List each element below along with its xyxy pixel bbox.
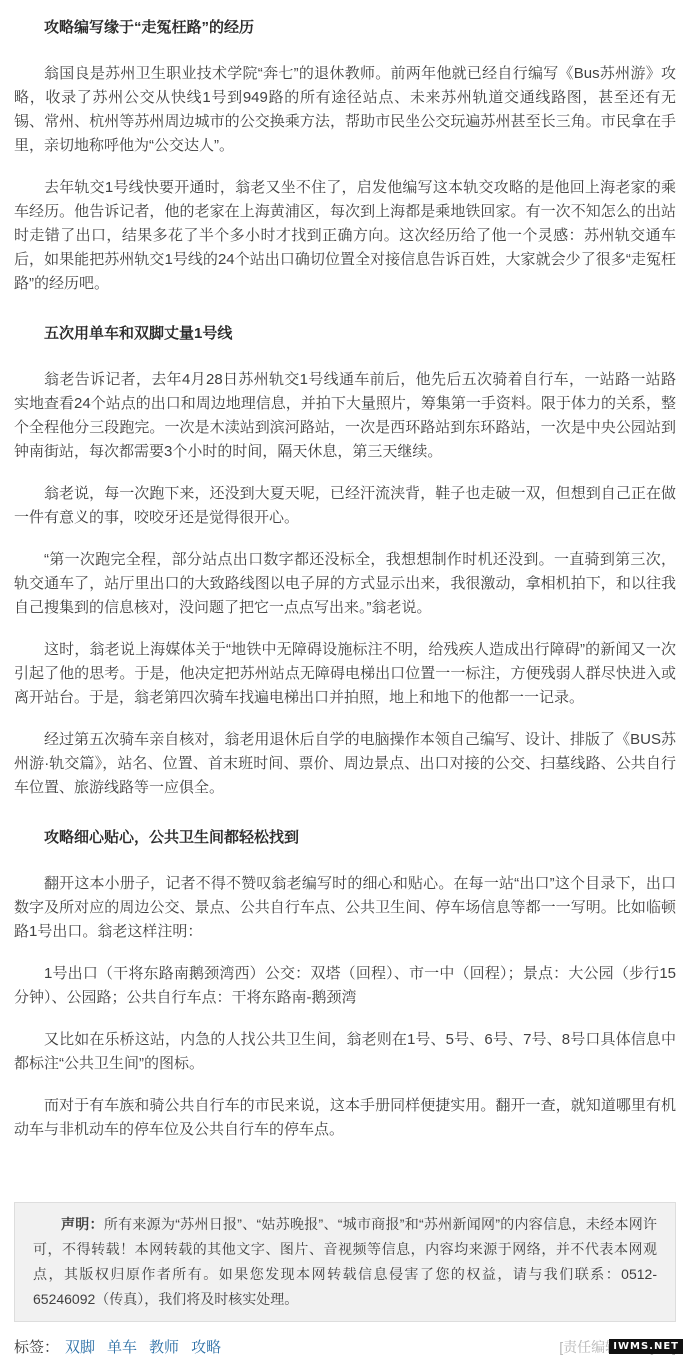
disclaimer-box: 声明：所有来源为“苏州日报”、“姑苏晚报”、“城市商报”和“苏州新闻网”的内容信… [14,1202,676,1322]
section-heading: 攻略编写缘于“走冤枉路”的经历 [14,16,676,40]
article-body: 攻略编写缘于“走冤枉路”的经历 翁国良是苏州卫生职业技术学院“奔七”的退休教师。… [0,0,690,1142]
article-paragraph: 1号出口（干将东路南鹅颈湾西）公交：双塔（回程）、市一中（回程）；景点：大公园（… [14,962,676,1010]
site-watermark-badge: IWMS.NET [609,1339,683,1354]
article-paragraph: 这时，翁老说上海媒体关于“地铁中无障碍设施标注不明，给残疾人造成出行障碍”的新闻… [14,638,676,710]
article-paragraph: 经过第五次骑车亲自核对，翁老用退休后自学的电脑操作本领自己编写、设计、排版了《B… [14,728,676,800]
tags-row: 标签：双脚单车教师攻略 [14,1336,221,1357]
tag-link-danche[interactable]: 单车 [107,1339,137,1356]
disclaimer-text: 声明：所有来源为“苏州日报”、“姑苏晚报”、“城市商报”和“苏州新闻网”的内容信… [33,1212,657,1312]
section-heading: 五次用单车和双脚丈量1号线 [14,322,676,346]
article-footer: 标签：双脚单车教师攻略 [责任编辑：Boyce] [0,1322,690,1357]
article-paragraph: 翻开这本小册子，记者不得不赞叹翁老编写时的细心和贴心。在每一站“出口”这个目录下… [14,872,676,944]
article-paragraph: “第一次跑完全程，部分站点出口数字都还没标全，我想想制作时机还没到。一直骑到第三… [14,548,676,620]
article-paragraph: 翁老告诉记者，去年4月28日苏州轨交1号线通车前后，他先后五次骑着自行车，一站路… [14,368,676,464]
tag-link-jiaoshi[interactable]: 教师 [149,1339,179,1356]
section-heading: 攻略细心贴心，公共卫生间都轻松找到 [14,826,676,850]
tags-label: 标签： [14,1339,59,1356]
disclaimer-label: 声明： [61,1216,104,1232]
article-paragraph: 翁国良是苏州卫生职业技术学院“奔七”的退休教师。前两年他就已经自行编写《Bus苏… [14,62,676,158]
disclaimer-body: 所有来源为“苏州日报”、“姑苏晚报”、“城市商报”和“苏州新闻网”的内容信息，未… [33,1216,657,1307]
article-paragraph: 翁老说，每一次跑下来，还没到大夏天呢，已经汗流浃背，鞋子也走破一双，但想到自己正… [14,482,676,530]
article-paragraph: 又比如在乐桥这站，内急的人找公共卫生间，翁老则在1号、5号、6号、7号、8号口具… [14,1028,676,1076]
news-article-page: 攻略编写缘于“走冤枉路”的经历 翁国良是苏州卫生职业技术学院“奔七”的退休教师。… [0,0,690,1357]
tag-link-gonglve[interactable]: 攻略 [191,1339,221,1356]
tag-link-shuangjiao[interactable]: 双脚 [65,1339,95,1356]
article-paragraph: 而对于有车族和骑公共自行车的市民来说，这本手册同样便捷实用。翻开一查，就知道哪里… [14,1094,676,1142]
article-paragraph: 去年轨交1号线快要开通时，翁老又坐不住了，启发他编写这本轨交攻略的是他回上海老家… [14,176,676,296]
